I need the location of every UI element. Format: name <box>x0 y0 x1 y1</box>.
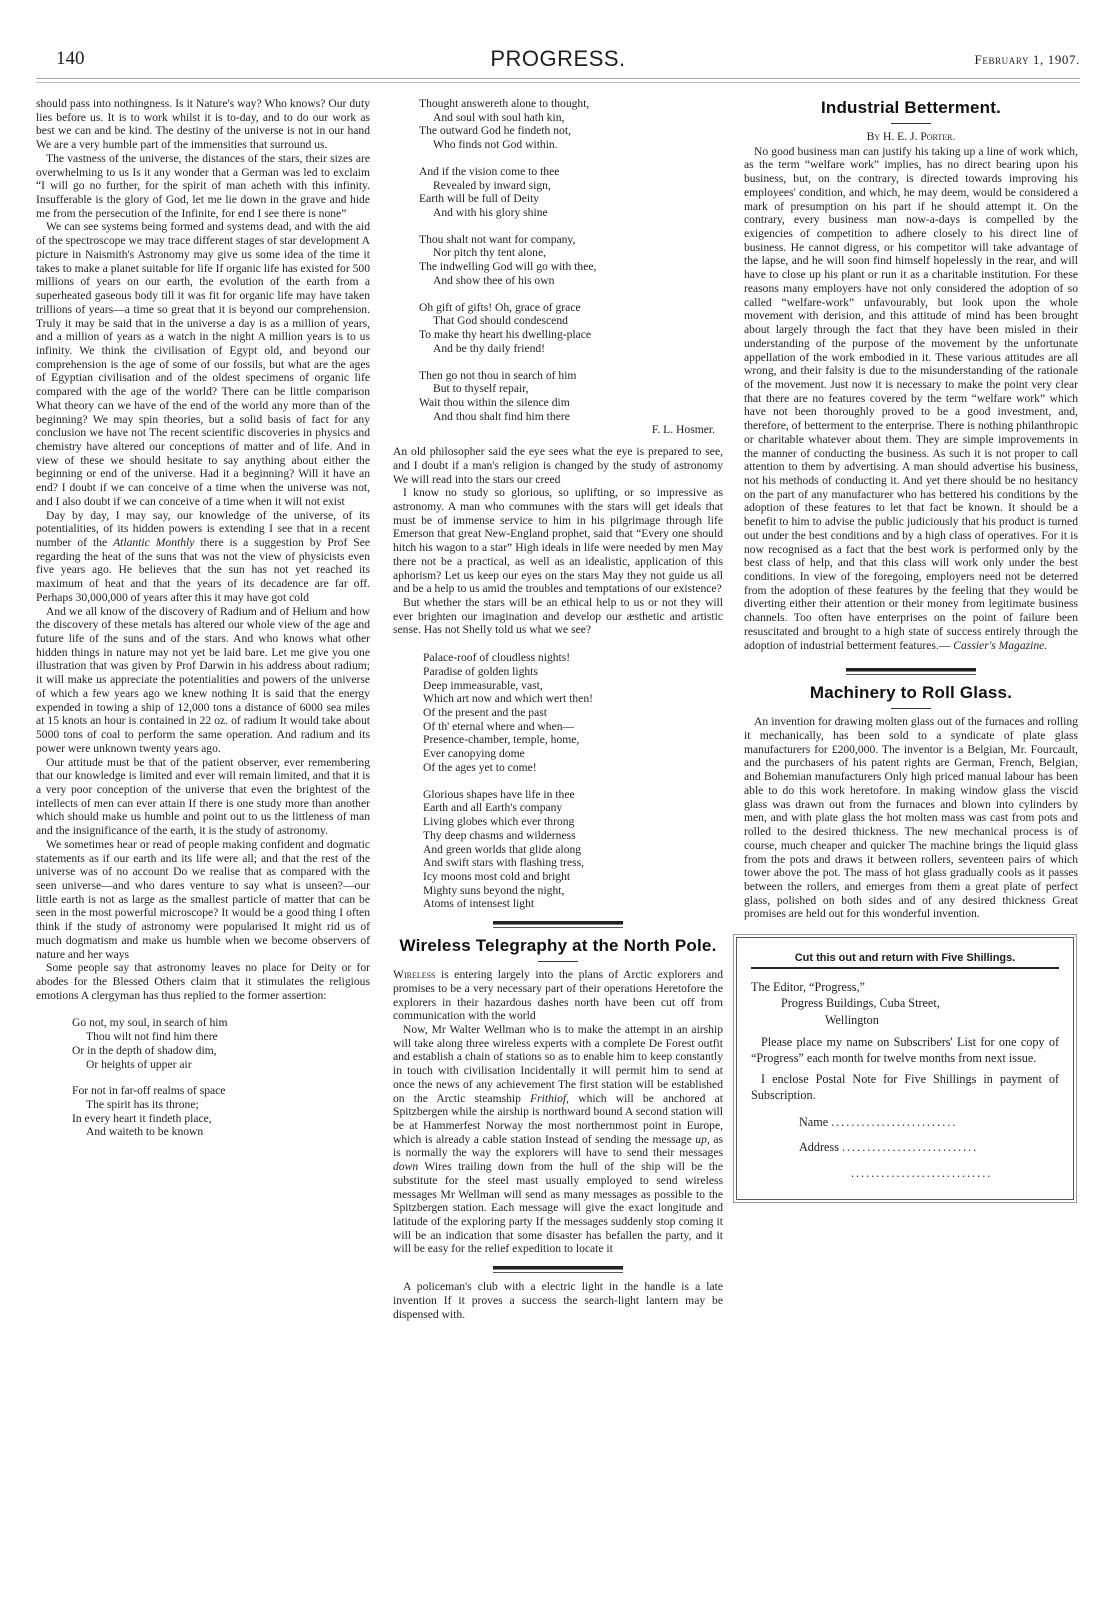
paragraph: We can see systems being formed and syst… <box>36 220 370 508</box>
paragraph: Wireless is entering largely into the pl… <box>393 968 723 1023</box>
paragraph: And we all know of the discovery of Radi… <box>36 605 370 756</box>
stanza: Thought answereth alone to thought, And … <box>419 97 723 152</box>
stanza: Then go not thou in search of him But to… <box>419 369 723 424</box>
column-3: Industrial Betterment. By H. E. J. Porte… <box>744 97 1078 1200</box>
paragraph: An old philosopher said the eye sees wha… <box>393 445 723 486</box>
stanza: And if the vision come to thee Revealed … <box>419 165 723 220</box>
heading-rule <box>891 708 931 709</box>
article-heading-glass: Machinery to Roll Glass. <box>744 682 1078 704</box>
form-title: Cut this out and return with Five Shilli… <box>751 952 1059 969</box>
section-divider <box>493 1266 623 1270</box>
byline: By H. E. J. Porter. <box>744 130 1078 144</box>
stanza: For not in far-off realms of space The s… <box>72 1084 370 1139</box>
heading-rule <box>891 123 931 124</box>
paragraph: No good business man can justify his tak… <box>744 145 1078 653</box>
paragraph: Our attitude must be that of the patient… <box>36 756 370 838</box>
source-citation: Cassier's Magazine. <box>953 639 1047 652</box>
issue-date: February 1, 1907. <box>975 52 1080 68</box>
poem-signature: F. L. Hosmer. <box>393 423 715 437</box>
paragraph: Some people say that astronomy leaves no… <box>36 961 370 1002</box>
address-line: Wellington <box>751 1012 1059 1028</box>
enclosure-note: I enclose Postal Note for Five Shillings… <box>751 1071 1059 1104</box>
page-header: 140 PROGRESS. February 1, 1907. <box>36 46 1080 74</box>
column-1: should pass into nothingness. Is it Natu… <box>36 97 370 1152</box>
stanza: Glorious shapes have life in thee Earth … <box>423 788 723 911</box>
address-line: The Editor, “Progress,” <box>751 979 1059 995</box>
address-line: Progress Buildings, Cuba Street, <box>751 995 1059 1011</box>
section-divider <box>846 668 976 672</box>
paragraph-policeman-note: A policeman's club with a electric light… <box>393 1280 723 1321</box>
paragraph: Day by day, I may say, our knowledge of … <box>36 509 370 605</box>
header-rule <box>36 78 1080 83</box>
paragraph: Now, Mr Walter Wellman who is to make th… <box>393 1023 723 1256</box>
paragraph: We sometimes hear or read of people maki… <box>36 838 370 961</box>
subscription-form: Cut this out and return with Five Shilli… <box>736 937 1074 1200</box>
poem: Thought answereth alone to thought, And … <box>419 97 723 423</box>
publication-title: PROGRESS. <box>36 46 1080 72</box>
subscription-request: Please place my name on Subscribers' Lis… <box>751 1034 1059 1067</box>
shelley-poem: Palace-roof of cloudless nights! Paradis… <box>423 651 723 911</box>
paragraph: should pass into nothingness. Is it Natu… <box>36 97 370 152</box>
stanza: Oh gift of gifts! Oh, grace of grace Tha… <box>419 301 723 356</box>
section-divider <box>493 921 623 925</box>
stanza: Go not, my soul, in search of him Thou w… <box>72 1016 370 1071</box>
article-heading-wireless: Wireless Telegraphy at the North Pole. <box>393 935 723 957</box>
stanza: Palace-roof of cloudless nights! Paradis… <box>423 651 723 774</box>
poem: Go not, my soul, in search of him Thou w… <box>72 1016 370 1139</box>
magazine-title: Atlantic Monthly <box>113 536 194 549</box>
name-field[interactable]: Name ......................... <box>751 1116 1059 1130</box>
address-field[interactable]: Address ........................... <box>751 1141 1059 1155</box>
heading-rule <box>538 961 578 962</box>
column-2: Thought answereth alone to thought, And … <box>393 97 723 1321</box>
stanza: Thou shalt not want for company, Nor pit… <box>419 233 723 288</box>
paragraph: An invention for drawing molten glass ou… <box>744 715 1078 921</box>
paragraph: But whether the stars will be an ethical… <box>393 596 723 637</box>
address-field-continued[interactable]: ............................ <box>751 1167 1059 1181</box>
paragraph: The vastness of the universe, the distan… <box>36 152 370 221</box>
article-heading-industrial: Industrial Betterment. <box>744 97 1078 119</box>
paragraph: I know no study so glorious, so upliftin… <box>393 486 723 596</box>
